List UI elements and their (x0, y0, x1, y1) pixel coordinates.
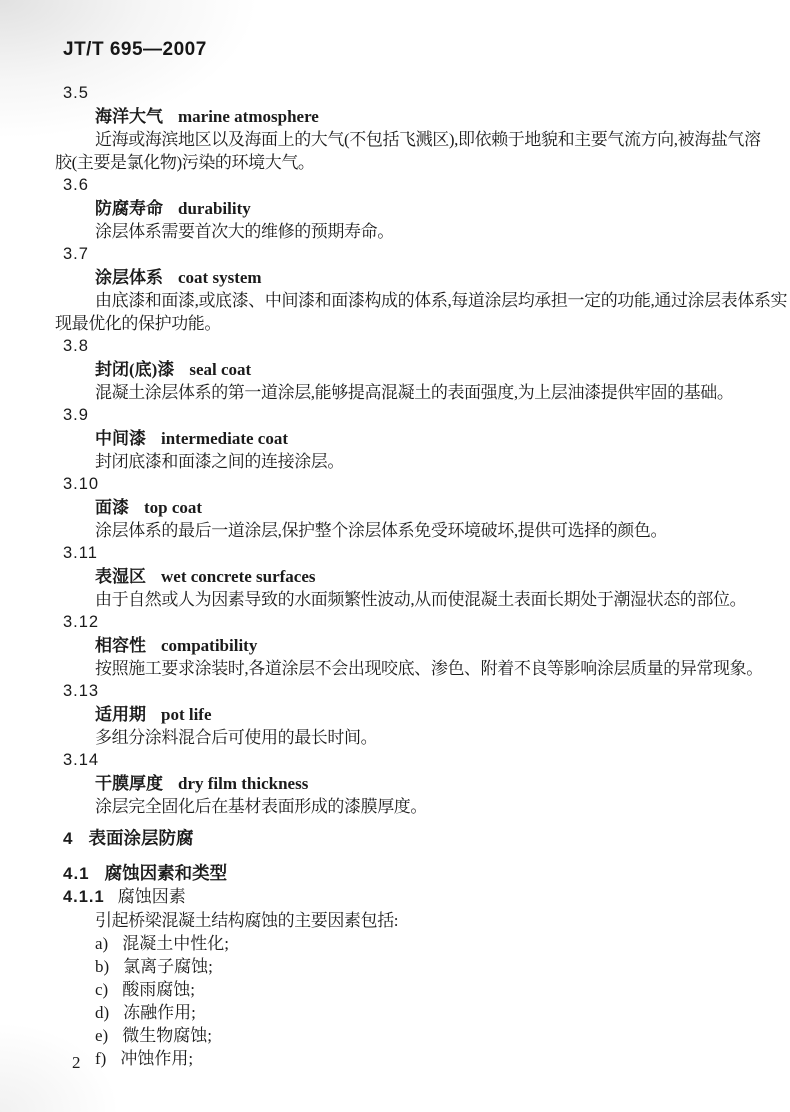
definition-term: 干膜厚度dry film thickness (95, 772, 770, 795)
list-item-letter: d) (95, 1003, 109, 1022)
definition-term: 涂层体系coat system (95, 266, 770, 289)
heading-title: 腐蚀因素 (118, 887, 186, 906)
definition-body-line: 封闭底漆和面漆之间的连接涂层。 (95, 450, 770, 473)
page-number: 2 (72, 1051, 81, 1074)
definition-term: 封闭(底)漆seal coat (95, 358, 770, 381)
list-item-text: 冲蚀作用; (120, 1049, 193, 1068)
definition-term-zh: 表湿区 (95, 567, 146, 586)
definition-number: 3.6 (63, 174, 770, 197)
definition-number: 3.14 (63, 749, 770, 772)
list-item-letter: b) (95, 957, 109, 976)
definition-body-line: 胶(主要是氯化物)污染的环境大气。 (55, 151, 770, 174)
definition-term-en: marine atmosphere (178, 107, 319, 126)
definition-term-zh: 中间漆 (95, 429, 146, 448)
definition-body-line: 混凝土涂层体系的第一道涂层,能够提高混凝土的表面强度,为上层油漆提供牢固的基础。 (95, 381, 770, 404)
list-item-letter: c) (95, 980, 108, 999)
list-item: f)冲蚀作用; (95, 1047, 770, 1070)
definition-term: 表湿区wet concrete surfaces (95, 565, 770, 588)
definition-term-en: wet concrete surfaces (161, 567, 316, 586)
definition-number: 3.13 (63, 680, 770, 703)
list-item: a)混凝土中性化; (95, 932, 770, 955)
definition-body-line: 现最优化的保护功能。 (55, 312, 770, 335)
definition-term-en: durability (178, 199, 251, 218)
definition-body-line: 由于自然或人为因素导致的水面频繁性波动,从而使混凝土表面长期处于潮湿状态的部位。 (95, 588, 770, 611)
definition-term-en: coat system (178, 268, 262, 287)
definition-number: 3.5 (63, 82, 770, 105)
definition-term-en: intermediate coat (161, 429, 288, 448)
definition-term-en: pot life (161, 705, 212, 724)
definition-number: 3.8 (63, 335, 770, 358)
definition-term-zh: 封闭(底)漆 (95, 360, 174, 379)
list-item: e)微生物腐蚀; (95, 1024, 770, 1047)
definition-body-line: 按照施工要求涂装时,各道涂层不会出现咬底、渗色、附着不良等影响涂层质量的异常现象… (95, 657, 770, 680)
paragraph-line: 引起桥梁混凝土结构腐蚀的主要因素包括: (95, 909, 770, 932)
subsection-heading: 4.1.1腐蚀因素 (55, 885, 770, 909)
scanned-standard-page: { "header": { "standard_number": "JT/T 6… (0, 0, 790, 1112)
definition-body-line: 多组分涂料混合后可使用的最长时间。 (95, 726, 770, 749)
definition-body-line: 近海或海滨地区以及海面上的大气(不包括飞溅区),即依赖于地貌和主要气流方向,被海… (95, 128, 770, 151)
list-item-text: 混凝土中性化; (122, 934, 229, 953)
heading-title: 表面涂层防腐 (88, 828, 193, 848)
list-item: c)酸雨腐蚀; (95, 978, 770, 1001)
heading-number: 4.1 (63, 864, 90, 883)
definition-term-zh: 面漆 (95, 498, 129, 517)
definition-term: 防腐寿命durability (95, 197, 770, 220)
definition-term-zh: 适用期 (95, 705, 146, 724)
definition-term-zh: 防腐寿命 (95, 199, 163, 218)
document-body: 3.5海洋大气marine atmosphere近海或海滨地区以及海面上的大气(… (55, 82, 770, 1070)
definition-number: 3.11 (63, 542, 770, 565)
definition-term-en: compatibility (161, 636, 257, 655)
definition-term: 相容性compatibility (95, 634, 770, 657)
definition-number: 3.7 (63, 243, 770, 266)
list-item: b)氯离子腐蚀; (95, 955, 770, 978)
heading-number: 4.1.1 (63, 888, 105, 906)
list-item-letter: f) (95, 1049, 106, 1068)
definition-term-en: dry film thickness (178, 774, 308, 793)
heading-number: 4 (63, 829, 73, 848)
definition-term-zh: 相容性 (95, 636, 146, 655)
heading-title: 腐蚀因素和类型 (105, 863, 228, 883)
definition-term-zh: 涂层体系 (95, 268, 163, 287)
list-item-text: 微生物腐蚀; (122, 1026, 212, 1045)
list-item-letter: a) (95, 934, 108, 953)
definition-term: 海洋大气marine atmosphere (95, 105, 770, 128)
definition-number: 3.10 (63, 473, 770, 496)
list-item-letter: e) (95, 1026, 108, 1045)
definition-term-zh: 海洋大气 (95, 107, 163, 126)
list-item-text: 氯离子腐蚀; (123, 957, 213, 976)
list-item-text: 酸雨腐蚀; (122, 980, 195, 999)
chapter-heading: 4表面涂层防腐 (55, 827, 770, 850)
list-item-text: 冻融作用; (123, 1003, 196, 1022)
definition-term: 面漆top coat (95, 496, 770, 519)
list-item: d)冻融作用; (95, 1001, 770, 1024)
definition-body-line: 涂层完全固化后在基材表面形成的漆膜厚度。 (95, 795, 770, 818)
definition-term-zh: 干膜厚度 (95, 774, 163, 793)
definition-term-en: seal coat (189, 360, 251, 379)
definition-number: 3.12 (63, 611, 770, 634)
definition-body-line: 涂层体系的最后一道涂层,保护整个涂层体系免受环境破坏,提供可选择的颜色。 (95, 519, 770, 542)
definition-term-en: top coat (144, 498, 202, 517)
document-page: JT/T 695—2007 3.5海洋大气marine atmosphere近海… (55, 38, 770, 1070)
definition-body-line: 由底漆和面漆,或底漆、中间漆和面漆构成的体系,每道涂层均承担一定的功能,通过涂层… (95, 289, 770, 312)
definition-term: 中间漆intermediate coat (95, 427, 770, 450)
definition-body-line: 涂层体系需要首次大的维修的预期寿命。 (95, 220, 770, 243)
standard-number-header: JT/T 695—2007 (63, 38, 770, 61)
definition-number: 3.9 (63, 404, 770, 427)
section-heading: 4.1腐蚀因素和类型 (55, 862, 770, 885)
definition-term: 适用期pot life (95, 703, 770, 726)
